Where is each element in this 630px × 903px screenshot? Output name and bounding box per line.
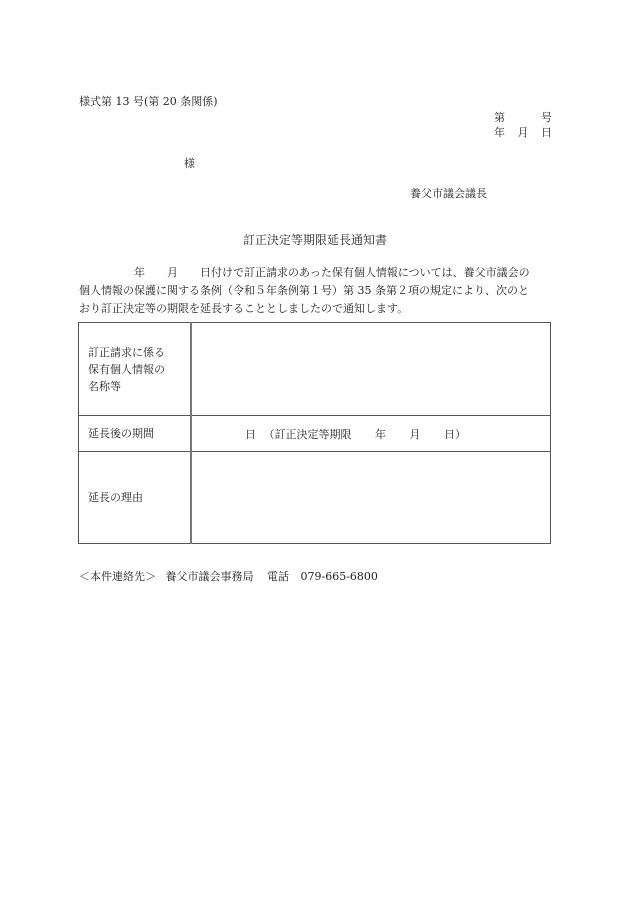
label-extended-period: 延長後の期間 [79, 416, 192, 452]
label-line: 保有個人情報の [88, 361, 190, 378]
doc-number-prefix: 第 [494, 111, 505, 125]
date-month: 月 [518, 126, 529, 140]
period-day: 日 [245, 426, 256, 442]
doc-number-suffix: 号 [541, 111, 552, 125]
period-year: 年 [375, 426, 386, 442]
label-reason: 延長の理由 [79, 452, 192, 544]
period-month: 月 [410, 426, 421, 442]
period-open: （訂正決定等期限 [264, 426, 352, 442]
value-reason[interactable] [191, 452, 551, 544]
document-date: 年 月 日 [494, 126, 552, 140]
body-paragraph: 年 月 日付けで訂正請求のあった保有個人情報については、養父市議会の 個人情報の… [79, 264, 554, 318]
table-row-info-name: 訂正請求に係る 保有個人情報の 名称等 [79, 323, 551, 416]
body-line-3: おり訂正決定等の期限を延長することとしましたので通知します。 [79, 300, 554, 318]
date-day: 日 [541, 126, 552, 140]
contact-label: ＜本件連絡先＞ [79, 570, 156, 583]
notice-table: 訂正請求に係る 保有個人情報の 名称等 延長後の期間 日 （訂正決定等期限 年 … [78, 322, 551, 544]
label-line: 名称等 [88, 378, 190, 395]
document-number: 第 号 [494, 111, 552, 125]
document-title: 訂正決定等期限延長通知書 [0, 233, 630, 247]
contact-phone: 079-665-6800 [301, 570, 378, 583]
form-number: 様式第 13 号(第 20 条関係) [79, 95, 218, 109]
sender-name: 養父市議会議長 [410, 187, 487, 201]
period-close: 日） [444, 426, 466, 442]
label-info-name: 訂正請求に係る 保有個人情報の 名称等 [79, 323, 192, 416]
label-line: 訂正請求に係る [88, 344, 190, 361]
value-extended-period[interactable]: 日 （訂正決定等期限 年 月 日） [191, 416, 551, 452]
contact-office: 養父市議会事務局 [166, 570, 254, 583]
date-year: 年 [494, 126, 505, 140]
recipient-honorific: 様 [184, 157, 195, 171]
contact-info: ＜本件連絡先＞ 養父市議会事務局 電話 079-665-6800 [79, 570, 378, 584]
value-info-name[interactable] [191, 323, 551, 416]
table-row-reason: 延長の理由 [79, 452, 551, 544]
body-line-2: 個人情報の保護に関する条例（令和５年条例第１号）第 35 条第２項の規定により、… [79, 282, 554, 300]
body-line-1: 年 月 日付けで訂正請求のあった保有個人情報については、養父市議会の [79, 264, 554, 282]
contact-phone-label: 電話 [267, 570, 289, 583]
table-row-extended-period: 延長後の期間 日 （訂正決定等期限 年 月 日） [79, 416, 551, 452]
